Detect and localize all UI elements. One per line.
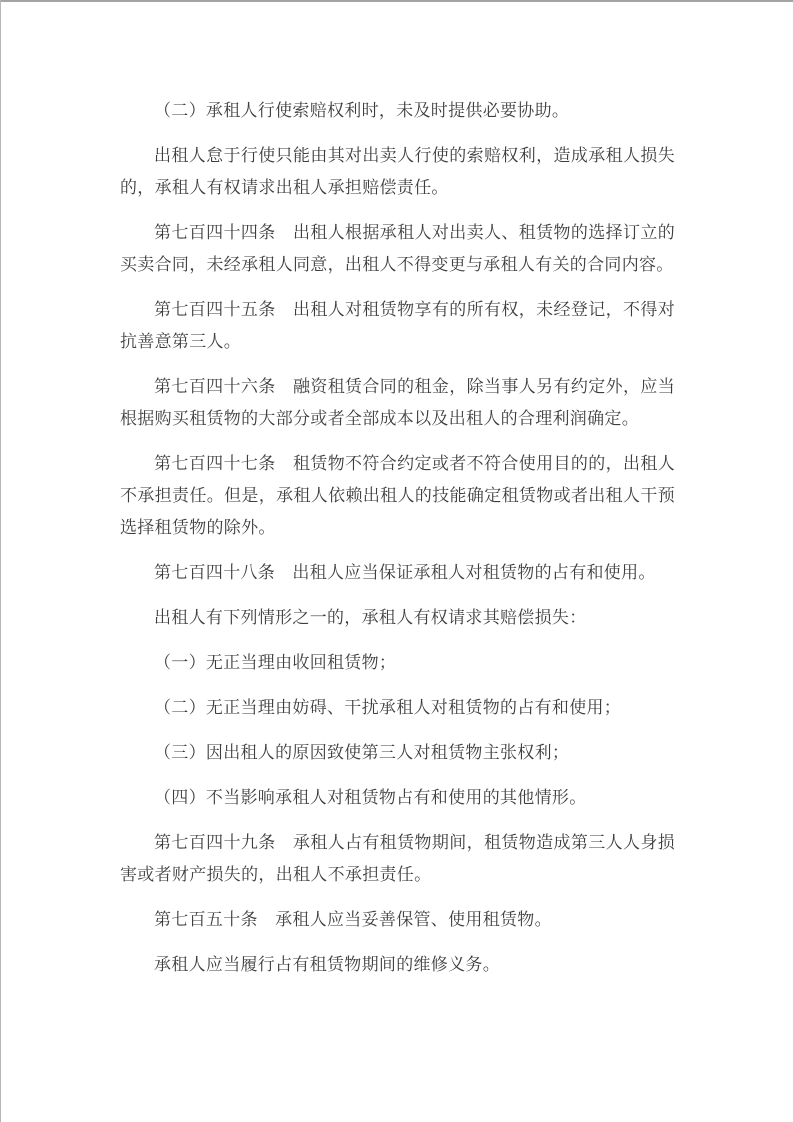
article-750: 第七百五十条 承租人应当妥善保管、使用租赁物。 bbox=[120, 904, 675, 936]
article-748: 第七百四十八条 出租人应当保证承租人对租赁物的占有和使用。 bbox=[120, 557, 675, 589]
page-top-border-line bbox=[0, 0, 793, 2]
paragraph-maintenance-duty: 承租人应当履行占有租赁物期间的维修义务。 bbox=[120, 949, 675, 981]
page-left-border-line bbox=[0, 0, 1, 1122]
document-page: （二）承租人行使索赔权利时，未及时提供必要协助。 出租人怠于行使只能由其对出卖人… bbox=[0, 0, 793, 1122]
article-744: 第七百四十四条 出租人根据承租人对出卖人、租赁物的选择订立的买卖合同，未经承租人… bbox=[120, 217, 675, 281]
paragraph-compensation-intro: 出租人有下列情形之一的，承租人有权请求其赔偿损失： bbox=[120, 602, 675, 634]
paragraph-lessor-claim-liability: 出租人怠于行使只能由其对出卖人行使的索赔权利，造成承租人损失的，承租人有权请求出… bbox=[120, 140, 675, 204]
list-item-2: （二）无正当理由妨碍、干扰承租人对租赁物的占有和使用； bbox=[120, 692, 675, 724]
article-747: 第七百四十七条 租赁物不符合约定或者不符合使用目的的，出租人不承担责任。但是，承… bbox=[120, 448, 675, 544]
list-item-3: （三）因出租人的原因致使第三人对租赁物主张权利； bbox=[120, 737, 675, 769]
list-item-4: （四）不当影响承租人对租赁物占有和使用的其他情形。 bbox=[120, 782, 675, 814]
document-content: （二）承租人行使索赔权利时，未及时提供必要协助。 出租人怠于行使只能由其对出卖人… bbox=[0, 0, 793, 981]
article-745: 第七百四十五条 出租人对租赁物享有的所有权，未经登记，不得对抗善意第三人。 bbox=[120, 294, 675, 358]
article-749: 第七百四十九条 承租人占有租赁物期间，租赁物造成第三人人身损害或者财产损失的，出… bbox=[120, 827, 675, 891]
clause-item-2-assist: （二）承租人行使索赔权利时，未及时提供必要协助。 bbox=[120, 95, 675, 127]
list-item-1: （一）无正当理由收回租赁物； bbox=[120, 647, 675, 679]
article-746: 第七百四十六条 融资租赁合同的租金，除当事人另有约定外，应当根据购买租赁物的大部… bbox=[120, 371, 675, 435]
